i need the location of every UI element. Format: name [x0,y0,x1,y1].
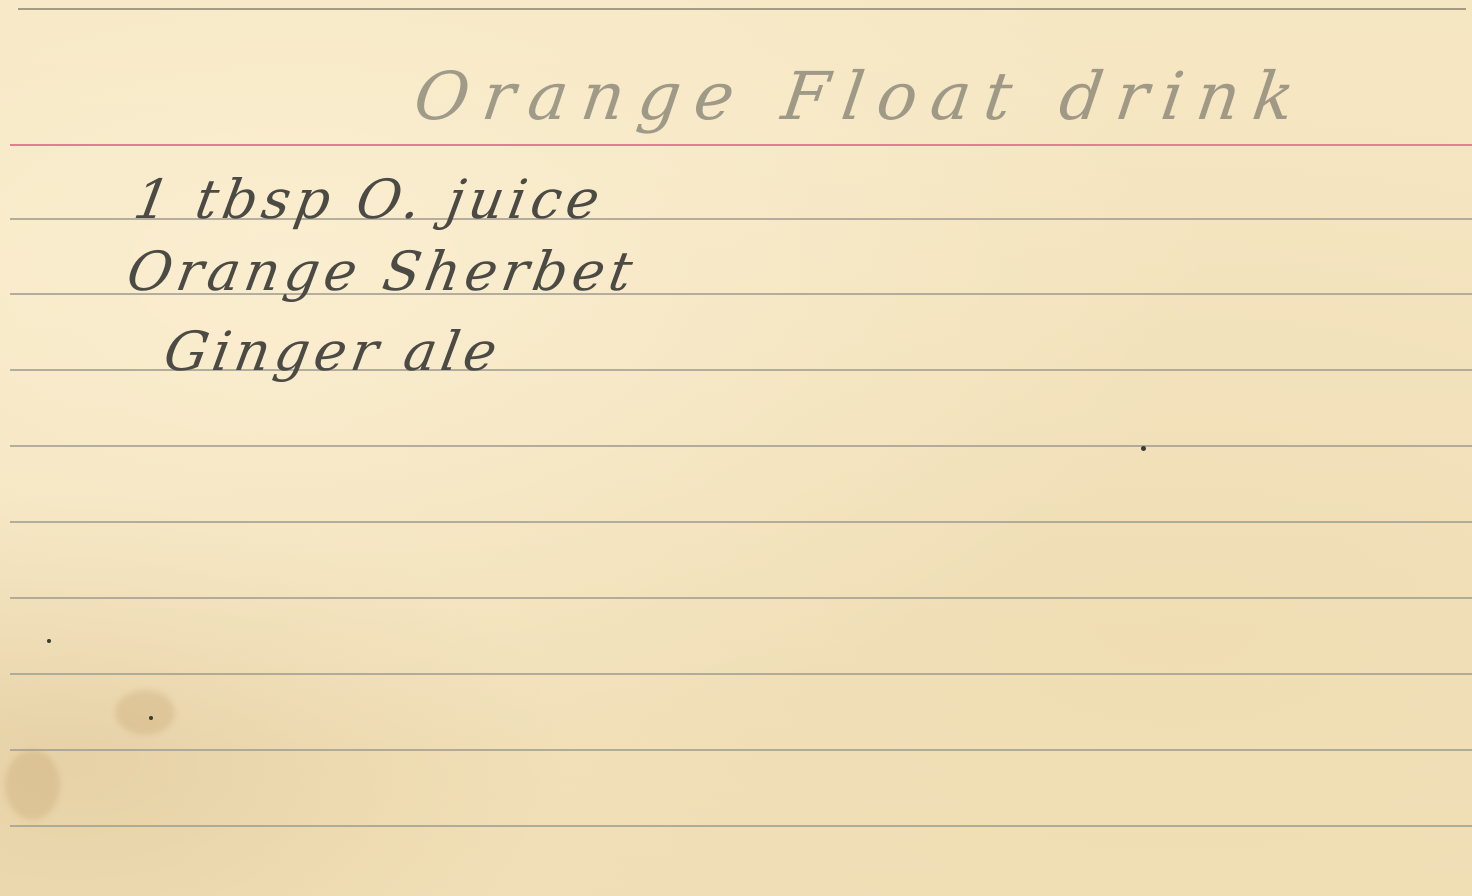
ruled-line [10,521,1472,523]
ingredient-line: Orange Sherbet [122,240,642,303]
paper-stain [5,750,60,820]
paper-speck [149,716,153,720]
paper-speck [47,639,51,643]
ingredient-line: 1 tbsp O. juice [129,168,609,231]
ruled-line [10,825,1472,827]
ruled-line [10,749,1472,751]
ruled-line [10,597,1472,599]
ruled-line [10,673,1472,675]
header-red-rule [10,144,1472,146]
recipe-title: Orange Float drink [410,58,1314,135]
paper-stain [115,690,175,735]
ingredient-line: Ginger ale [159,320,506,383]
ruled-line [10,445,1472,447]
paper-speck [1141,446,1146,451]
recipe-card: Orange Float drink 1 tbsp O. juice Orang… [0,0,1472,896]
card-top-edge [18,8,1466,10]
